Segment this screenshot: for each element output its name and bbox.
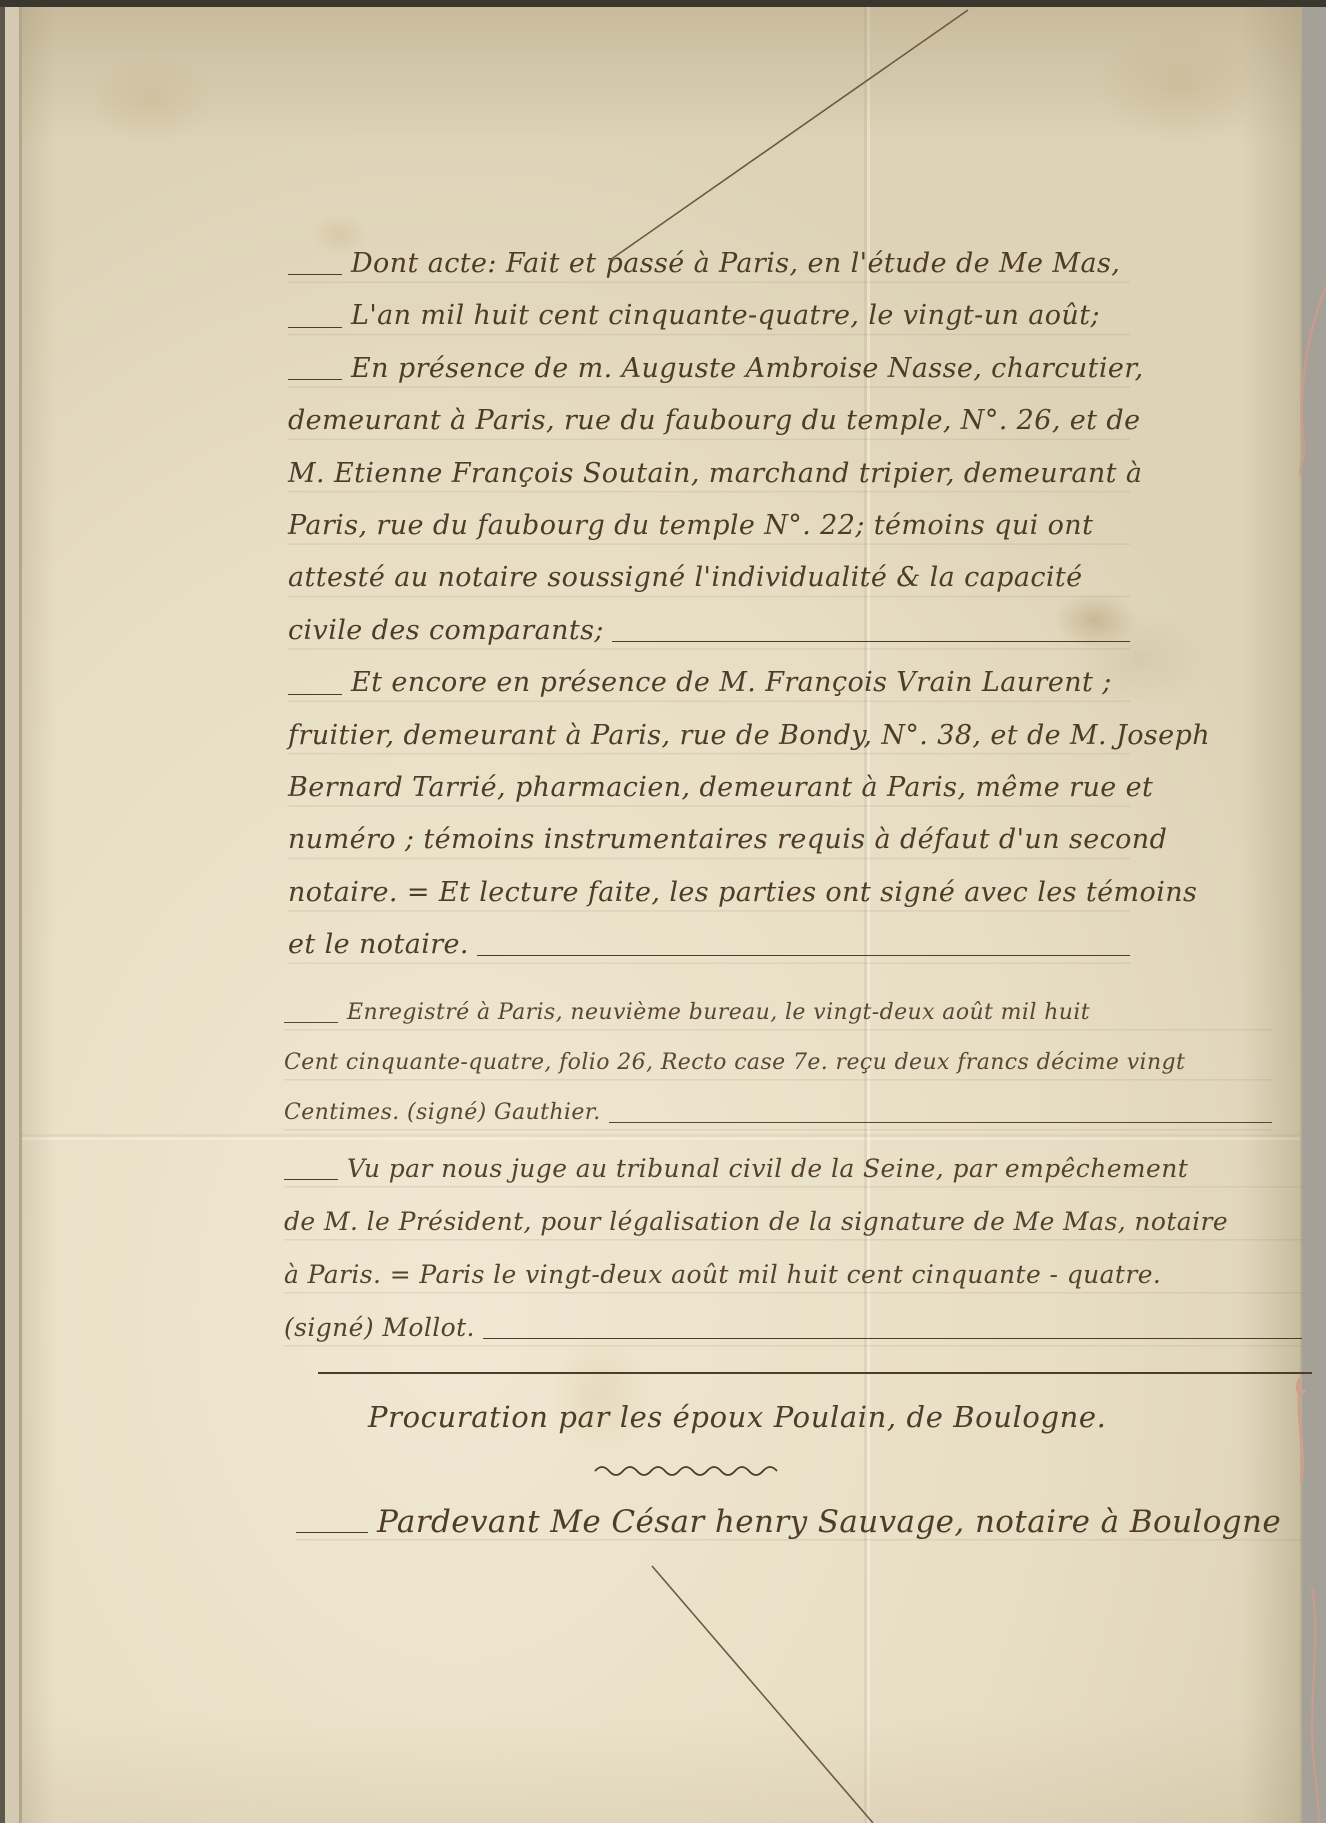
lead-dash-stroke — [296, 1532, 368, 1533]
main-text-block: Dont acte: Fait et passé à Paris, en l'é… — [288, 238, 1130, 971]
text-line: fruitier, demeurant à Paris, rue de Bond… — [288, 710, 1130, 762]
handwritten-text: attesté au notaire soussigné l'individua… — [288, 552, 1083, 604]
text-line: Dont acte: Fait et passé à Paris, en l'é… — [288, 238, 1130, 290]
text-line: civile des comparants; — [288, 605, 1130, 657]
binding-thread-top-right — [1300, 286, 1326, 476]
section-heading: Procuration par les époux Poulain, de Bo… — [368, 1400, 1106, 1434]
handwritten-text: Cent cinquante-quatre, folio 26, Recto c… — [284, 1038, 1185, 1088]
handwritten-text: demeurant à Paris, rue du faubourg du te… — [288, 395, 1140, 447]
lead-dash-stroke — [284, 1179, 338, 1180]
handwritten-text: (signé) Mollot. — [284, 1301, 475, 1354]
handwritten-text: En présence de m. Auguste Ambroise Nasse… — [351, 343, 1144, 395]
handwritten-text: de M. le Président, pour légalisation de… — [284, 1195, 1228, 1248]
text-line: En présence de m. Auguste Ambroise Nasse… — [288, 343, 1130, 395]
handwritten-text: Enregistré à Paris, neuvième bureau, le … — [347, 988, 1090, 1038]
handwritten-text: Pardevant Me César henry Sauvage, notair… — [377, 1496, 1281, 1548]
filler-rule-stroke — [612, 641, 1130, 642]
text-line: numéro ; témoins instrumentaires requis … — [288, 814, 1130, 866]
text-line: demeurant à Paris, rue du faubourg du te… — [288, 395, 1130, 447]
handwritten-text: Centimes. (signé) Gauthier. — [284, 1088, 601, 1138]
text-line: Pardevant Me César henry Sauvage, notair… — [296, 1496, 1302, 1548]
lead-dash-stroke — [284, 1022, 338, 1023]
filler-rule-stroke — [477, 955, 1130, 956]
handwritten-text: Bernard Tarrié, pharmacien, demeurant à … — [288, 762, 1153, 814]
text-line: Vu par nous juge au tribunal civil de la… — [284, 1142, 1302, 1195]
text-line: et le notaire. — [288, 919, 1130, 971]
text-line: Enregistré à Paris, neuvième bureau, le … — [284, 988, 1272, 1038]
manuscript-page: Dont acte: Fait et passé à Paris, en l'é… — [0, 0, 1326, 1823]
closing-text-block: Pardevant Me César henry Sauvage, notair… — [296, 1496, 1302, 1548]
text-line: (signé) Mollot. — [284, 1301, 1302, 1354]
handwritten-text: Dont acte: Fait et passé à Paris, en l'é… — [351, 238, 1120, 290]
text-line: de M. le Président, pour légalisation de… — [284, 1195, 1302, 1248]
lead-dash-stroke — [288, 694, 342, 695]
text-line: Bernard Tarrié, pharmacien, demeurant à … — [288, 762, 1130, 814]
filler-rule-stroke — [483, 1338, 1302, 1339]
handwritten-text: et le notaire. — [288, 919, 469, 971]
binding-edge-left — [0, 0, 22, 1823]
handwritten-text: Et encore en présence de M. François Vra… — [351, 657, 1112, 709]
text-line: Cent cinquante-quatre, folio 26, Recto c… — [284, 1038, 1272, 1088]
lead-dash-stroke — [288, 274, 342, 275]
lead-dash-stroke — [288, 327, 342, 328]
scan-edge-top — [0, 0, 1326, 7]
handwritten-text: L'an mil huit cent cinquante-quatre, le … — [351, 290, 1100, 342]
text-line: notaire. = Et lecture faite, les parties… — [288, 867, 1130, 919]
handwritten-text: à Paris. = Paris le vingt-deux août mil … — [284, 1248, 1161, 1301]
text-line: Et encore en présence de M. François Vra… — [288, 657, 1130, 709]
text-line: à Paris. = Paris le vingt-deux août mil … — [284, 1248, 1302, 1301]
filler-rule-stroke — [609, 1122, 1272, 1123]
registration-text-block: Enregistré à Paris, neuvième bureau, le … — [284, 988, 1272, 1138]
text-line: L'an mil huit cent cinquante-quatre, le … — [288, 290, 1130, 342]
handwritten-text: fruitier, demeurant à Paris, rue de Bond… — [288, 710, 1210, 762]
text-line: Paris, rue du faubourg du temple N°. 22;… — [288, 500, 1130, 552]
handwritten-text: notaire. = Et lecture faite, les parties… — [288, 867, 1197, 919]
wavy-underline — [592, 1462, 792, 1476]
handwritten-text: civile des comparants; — [288, 605, 604, 657]
handwritten-text: numéro ; témoins instrumentaires requis … — [288, 814, 1167, 866]
handwritten-text: M. Etienne François Soutain, marchand tr… — [288, 448, 1142, 500]
section-divider-rule — [318, 1372, 1312, 1374]
legalization-text-block: Vu par nous juge au tribunal civil de la… — [284, 1142, 1302, 1354]
binding-thread-bottom-right — [1312, 1588, 1319, 1823]
text-line: M. Etienne François Soutain, marchand tr… — [288, 448, 1130, 500]
text-line: attesté au notaire soussigné l'individua… — [288, 552, 1130, 604]
handwritten-text: Vu par nous juge au tribunal civil de la… — [347, 1142, 1188, 1195]
lead-dash-stroke — [288, 379, 342, 380]
text-line: Centimes. (signé) Gauthier. — [284, 1088, 1272, 1138]
handwritten-text: Paris, rue du faubourg du temple N°. 22;… — [288, 500, 1093, 552]
